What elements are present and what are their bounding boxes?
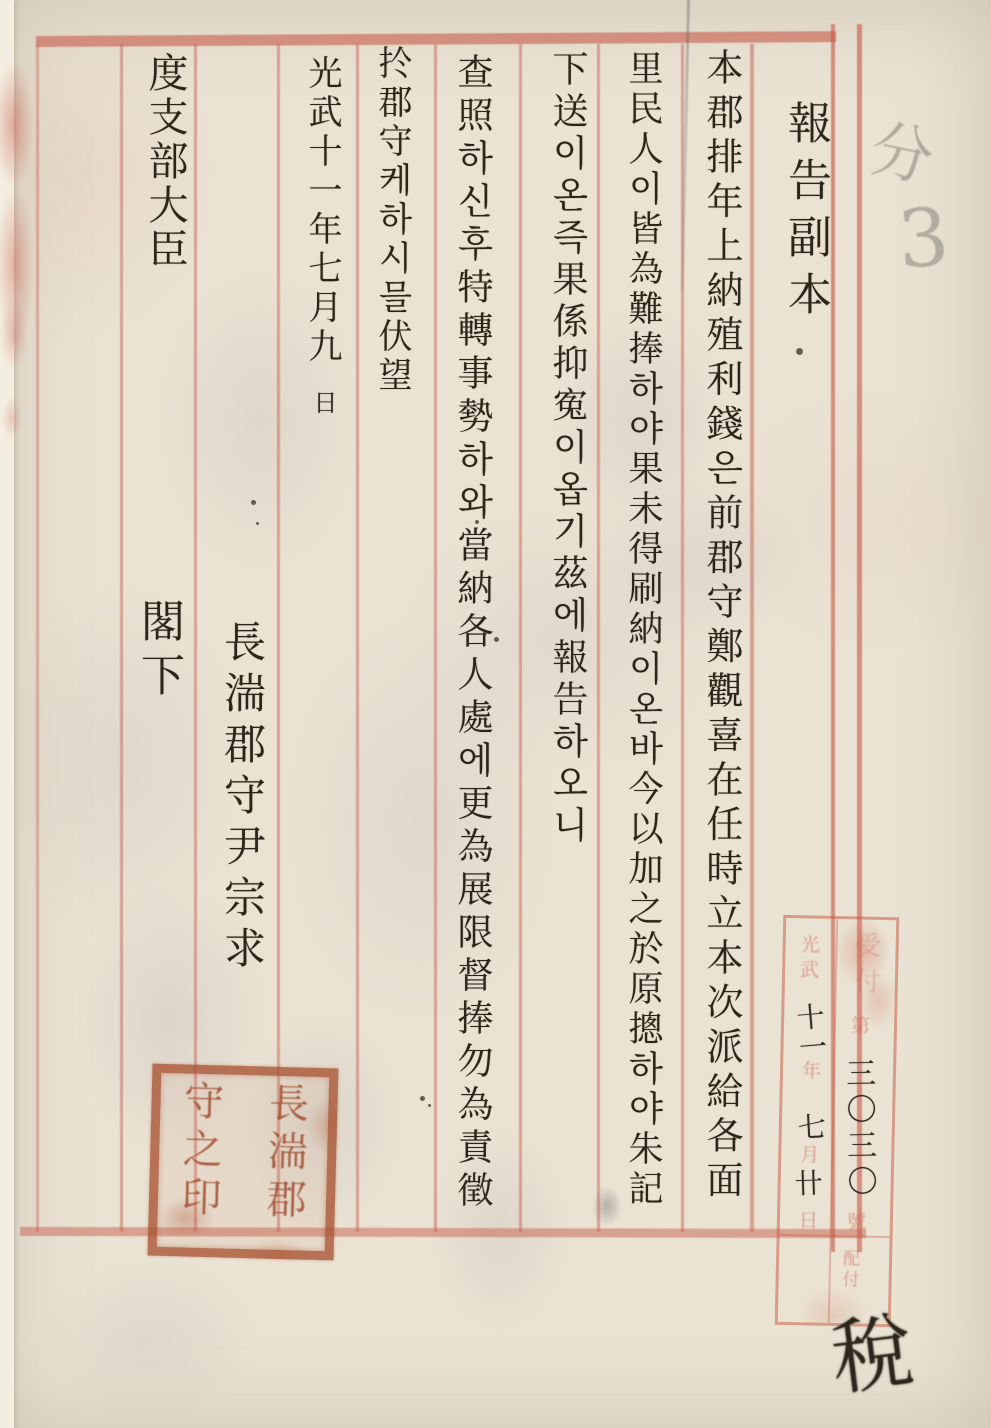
stamp-era-label: 光武 (795, 934, 823, 985)
pencil-annotation-lower: 3 (895, 190, 952, 286)
sender-signature: 長湍郡守尹宗求 (212, 620, 272, 977)
ruled-line-vertical (120, 44, 123, 1232)
receipt-stamp: 光武 受付 年 月 日 第 號 配付 十一 七 卄 三〇三〇 (775, 915, 900, 1327)
ink-speck (251, 500, 256, 505)
body-column-5: 扵郡守케하시믈伏望 (368, 45, 417, 396)
recipient-honorific: 閣下 (126, 598, 190, 706)
stamp-month-label: 月 (795, 1144, 822, 1164)
ink-speck (475, 520, 479, 524)
ruled-line-bottom (20, 1227, 866, 1238)
stamp-written-number: 三〇三〇 (835, 1057, 881, 1202)
seal-text-right: 長湍郡 (254, 1081, 315, 1226)
stamp-number-prefix: 第 (846, 1015, 873, 1035)
ink-speck (420, 1096, 425, 1101)
stamp-bottom-label: 配付 (836, 1249, 862, 1292)
ruled-line-vertical (194, 44, 197, 1232)
seal-text-left: 守之印 (169, 1079, 230, 1224)
date-day-char: 日 (306, 390, 341, 414)
ruled-line-vertical (277, 44, 280, 1232)
stamp-day-label: 日 (794, 1210, 821, 1230)
pencil-annotation-upper: 分 (863, 99, 942, 199)
ink-speck (428, 1104, 431, 1107)
ruled-line-vertical (434, 44, 437, 1232)
stamp-divider-horizontal (780, 1234, 890, 1238)
ruled-line-vertical (750, 44, 754, 1232)
body-column-1: 本郡排年上納殖利錢은前郡守鄭觀喜在任時立本次派給各面 (694, 48, 748, 1205)
stamp-written-day: 卄 (786, 1168, 827, 1197)
ruled-line-vertical (519, 44, 522, 1232)
ink-speck (256, 522, 259, 525)
body-column-3: 下送이온즉果係抑寃이옵기茲에報告하오니 (542, 50, 593, 848)
stamp-written-year: 十一 (787, 1001, 832, 1064)
document-scan: 報告副本 本郡排年上納殖利錢은前郡守鄭觀喜在任時立本次派給各面 里民人이皆為難捧… (0, 0, 991, 1428)
paper-edge (0, 0, 14, 1428)
ruled-line-vertical (597, 44, 600, 1232)
body-column-4: 查照하신후特轉事勢하와當納各人處에更為展限督捧勿為責徵 (447, 53, 498, 1214)
official-seal: 長湍郡 守之印 (148, 1064, 339, 1261)
ink-speck (247, 634, 251, 638)
ink-speck (796, 348, 803, 355)
ruled-line-vertical (356, 44, 359, 1232)
stamp-written-month: 七 (789, 1111, 830, 1141)
stamp-number-suffix: 號 (842, 1211, 869, 1231)
recipient-title: 度支部大臣 (137, 52, 194, 272)
ruled-line-vertical (36, 44, 39, 1232)
body-column-2: 里民人이皆為難捧하야果未得刷納이온바今以加之於原摠하야朱記 (618, 50, 668, 1210)
ink-speck (494, 637, 499, 642)
stamp-header-label: 受付 (846, 931, 884, 1004)
page-title: 報告副本 (773, 100, 837, 328)
date-line: 光武十一年七月九 (298, 55, 347, 367)
clerk-ink-mark: 稅 (823, 1285, 919, 1411)
